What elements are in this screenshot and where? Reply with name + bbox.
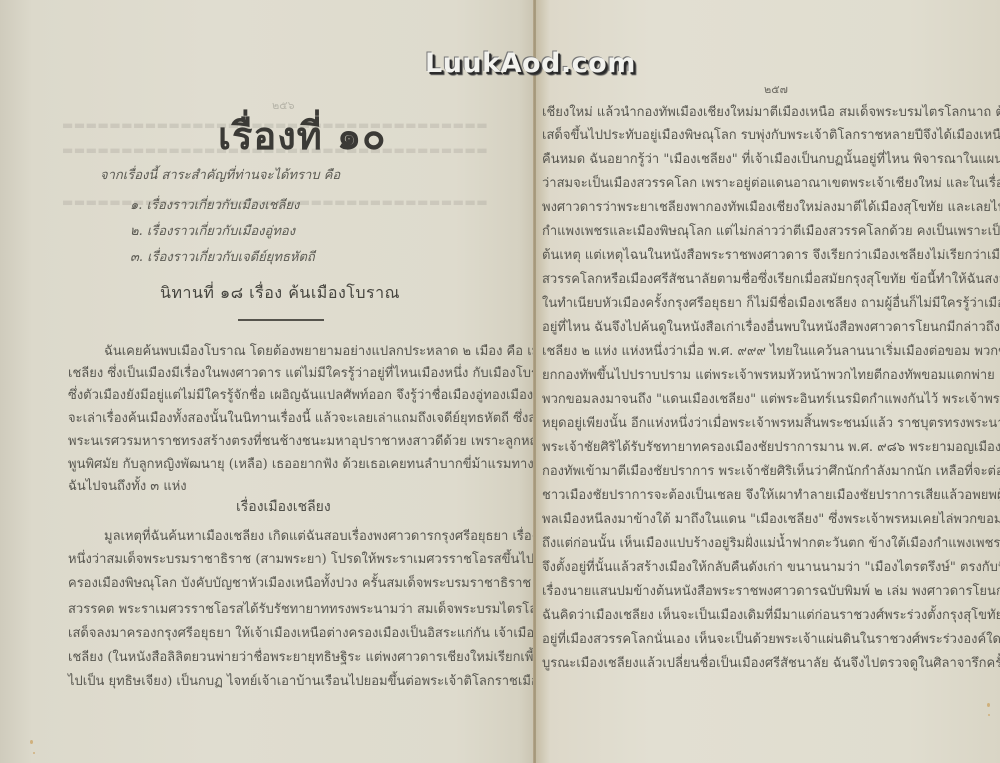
- body-line: พระนเรศวรมหาราชทรงสร้างตรงที่ชนช้างชนะมห…: [68, 430, 547, 451]
- body-line: เชลียง (ในหนังสือลิลิตยวนพ่ายว่าชื่อพระย…: [68, 646, 550, 667]
- body-line: หยุดอยู่เพียงนั้น อีกแห่งหนึ่งว่าเมื่อพร…: [542, 412, 1000, 433]
- body-line: จึงตั้งอยู่ที่นั้นแล้วสร้างเมืองให้กลับค…: [542, 556, 1000, 577]
- chapter-intro: จากเรื่องนี้ สาระสำคัญที่ท่านจะได้ทราบ ค…: [100, 164, 340, 185]
- body-line: อยู่ที่เมืองสวรรคโลกนั่นเอง เห็นจะเป็นด้…: [542, 628, 1000, 649]
- section-title: เรื่องเมืองเชลียง: [236, 496, 331, 518]
- paper-stain: [30, 740, 33, 744]
- body-line: มูลเหตุที่ฉันค้นหาเมืองเชลียง เกิดแต่ฉัน…: [104, 525, 563, 546]
- body-line: อยู่ที่ไหน ฉันจึงไปค้นดูในหนังสือเก่าเรื…: [542, 316, 1000, 337]
- body-line: กองทัพเข้ามาตีเมืองชัยปราการ พระเจ้าชัยศ…: [542, 460, 1000, 481]
- body-line: ว่าสมจะเป็นเมืองสวรรคโลก เพราะอยู่ต่อแดน…: [542, 172, 1000, 193]
- body-line: ต้นเหตุ แต่เหตุไฉนในหนังสือพระราชพงศาวดา…: [542, 244, 1000, 265]
- body-line: ยกกองทัพขึ้นไปปราบปราม แต่พระเจ้าพรหมหัว…: [542, 364, 1000, 385]
- body-line: ฉันเคยค้นพบเมืองโบราณ โดยต้องพยายามอย่าง…: [104, 340, 554, 361]
- toc-item: ๓. เรื่องราวเกี่ยวกับเจดีย์ยุทธหัตถี: [130, 246, 315, 267]
- body-line: เสด็จขึ้นไปประทับอยู่เมืองพิษณุโลก รบพุ่…: [542, 124, 1000, 145]
- body-line: ไปเป็น ยุทธิษเจียง) เป็นกบฏ ไจทย์เจ้าเอา…: [68, 670, 545, 691]
- body-line: ฉันคิดว่าเมืองเชลียง เห็นจะเป็นเมืองเดิม…: [542, 604, 1000, 625]
- paper-stain: [33, 752, 35, 754]
- body-line: เสด็จลงมาครองกรุงศรีอยุธยา ให้เจ้าเมืองเ…: [68, 622, 541, 643]
- body-line: ถึงแต่ก่อนนั้น เห็นเมืองแปบร้างอยู่ริมฝั…: [542, 532, 1000, 553]
- right-page: ๒๕๗ เชียงใหม่ แล้วนำกองทัพเมืองเชียงใหม่…: [536, 0, 1000, 763]
- watermark-logo: LuukAod.com: [425, 48, 636, 79]
- body-line: หนึ่งว่าสมเด็จพระบรมราชาธิราช (สามพระยา)…: [68, 548, 534, 569]
- body-line: สวรรคต พระราเมศวรราชโอรสได้รับรัชทายาททร…: [68, 598, 569, 619]
- body-line: พงศาวดารว่าพระยาเชลียงพากองทัพเมืองเชียง…: [542, 196, 1000, 217]
- body-line: พลเมืองหนีลงมาข้างใต้ มาถึงในแดน "เมืองเ…: [542, 508, 1000, 529]
- left-page: ▬▬▬▬▬▬▬▬▬▬▬▬▬▬▬▬▬▬▬▬▬▬▬▬▬▬▬▬▬▬▬▬▬▬▬▬ ▬▬▬…: [0, 0, 536, 763]
- body-line: เรื่องนายแสนปมข้างต้นหนังสือพระราชพงศาวด…: [542, 580, 1000, 601]
- page-number: ๒๕๗: [764, 80, 788, 98]
- body-line: ชาวเมืองชัยปราการจะต้องเป็นเชลย จึงให้เผ…: [542, 484, 1000, 505]
- body-line: ซึ่งตัวเมืองยังมีอยู่แต่ไม่มีใครรู้จักชื…: [68, 384, 557, 405]
- body-line: เชียงใหม่ แล้วนำกองทัพเมืองเชียงใหม่มาตี…: [542, 101, 1000, 122]
- body-line: พระเจ้าชัยศิริได้รับรัชทายาทครองเมืองชัย…: [542, 436, 1000, 457]
- body-line: ครองเมืองพิษณุโลก บังคับบัญชาหัวเมืองเหน…: [68, 572, 531, 593]
- chapter-title: เรื่องที่ ๑๐: [218, 105, 386, 166]
- body-line: กำแพงเพชรและเมืองพิษณุโลก แต่ไม่กล่าวว่า…: [542, 220, 1000, 241]
- body-line: ในทำเนียบหัวเมืองครั้งกรุงศรีอยุธยา ก็ไม…: [542, 292, 1000, 313]
- body-line: พูนพิศมัย กับลูกหญิงพัฒนายุ (เหลือ) เธออ…: [68, 453, 558, 474]
- story-subtitle: นิทานที่ ๑๘ เรื่อง ค้นเมืองโบราณ: [160, 281, 400, 306]
- paper-stain: [987, 703, 990, 707]
- paper-stain: [988, 714, 990, 716]
- horizontal-rule: [238, 319, 324, 321]
- body-line: สวรรคโลกหรือเมืองศรีสัชนาลัยตามชื่อซึ่งเ…: [542, 268, 1000, 289]
- body-line: คืนหมด ฉันอยากรู้ว่า "เมืองเชลียง" ที่เจ…: [542, 148, 1000, 169]
- body-line: พวกขอมลงมาจนถึง "แดนเมืองเชลียง" แต่พระอ…: [542, 388, 1000, 409]
- body-line: เชลียง ๒ แห่ง แห่งหนึ่งว่าเมื่อ พ.ศ. ๙๙๙…: [542, 340, 1000, 361]
- body-line: บูรณะเมืองเชลียงแล้วเปลี่ยนชื่อเป็นเมือง…: [542, 652, 1000, 673]
- book-spread: ▬▬▬▬▬▬▬▬▬▬▬▬▬▬▬▬▬▬▬▬▬▬▬▬▬▬▬▬▬▬▬▬▬▬▬▬ ▬▬▬…: [0, 0, 1000, 763]
- body-line: ฉันไปจนถึงทั้ง ๓ แห่ง: [68, 475, 187, 496]
- toc-item: ๒. เรื่องราวเกี่ยวกับเมืองอู่ทอง: [130, 220, 295, 241]
- body-line: เชลียง ซึ่งเป็นเมืองมีเรื่องในพงศาวดาร แ…: [68, 362, 557, 383]
- body-line: จะเล่าเรื่องค้นเมืองทั้งสองนั้นในนิทานเร…: [68, 407, 565, 428]
- toc-item: ๑. เรื่องราวเกี่ยวกับเมืองเชลียง: [130, 194, 299, 215]
